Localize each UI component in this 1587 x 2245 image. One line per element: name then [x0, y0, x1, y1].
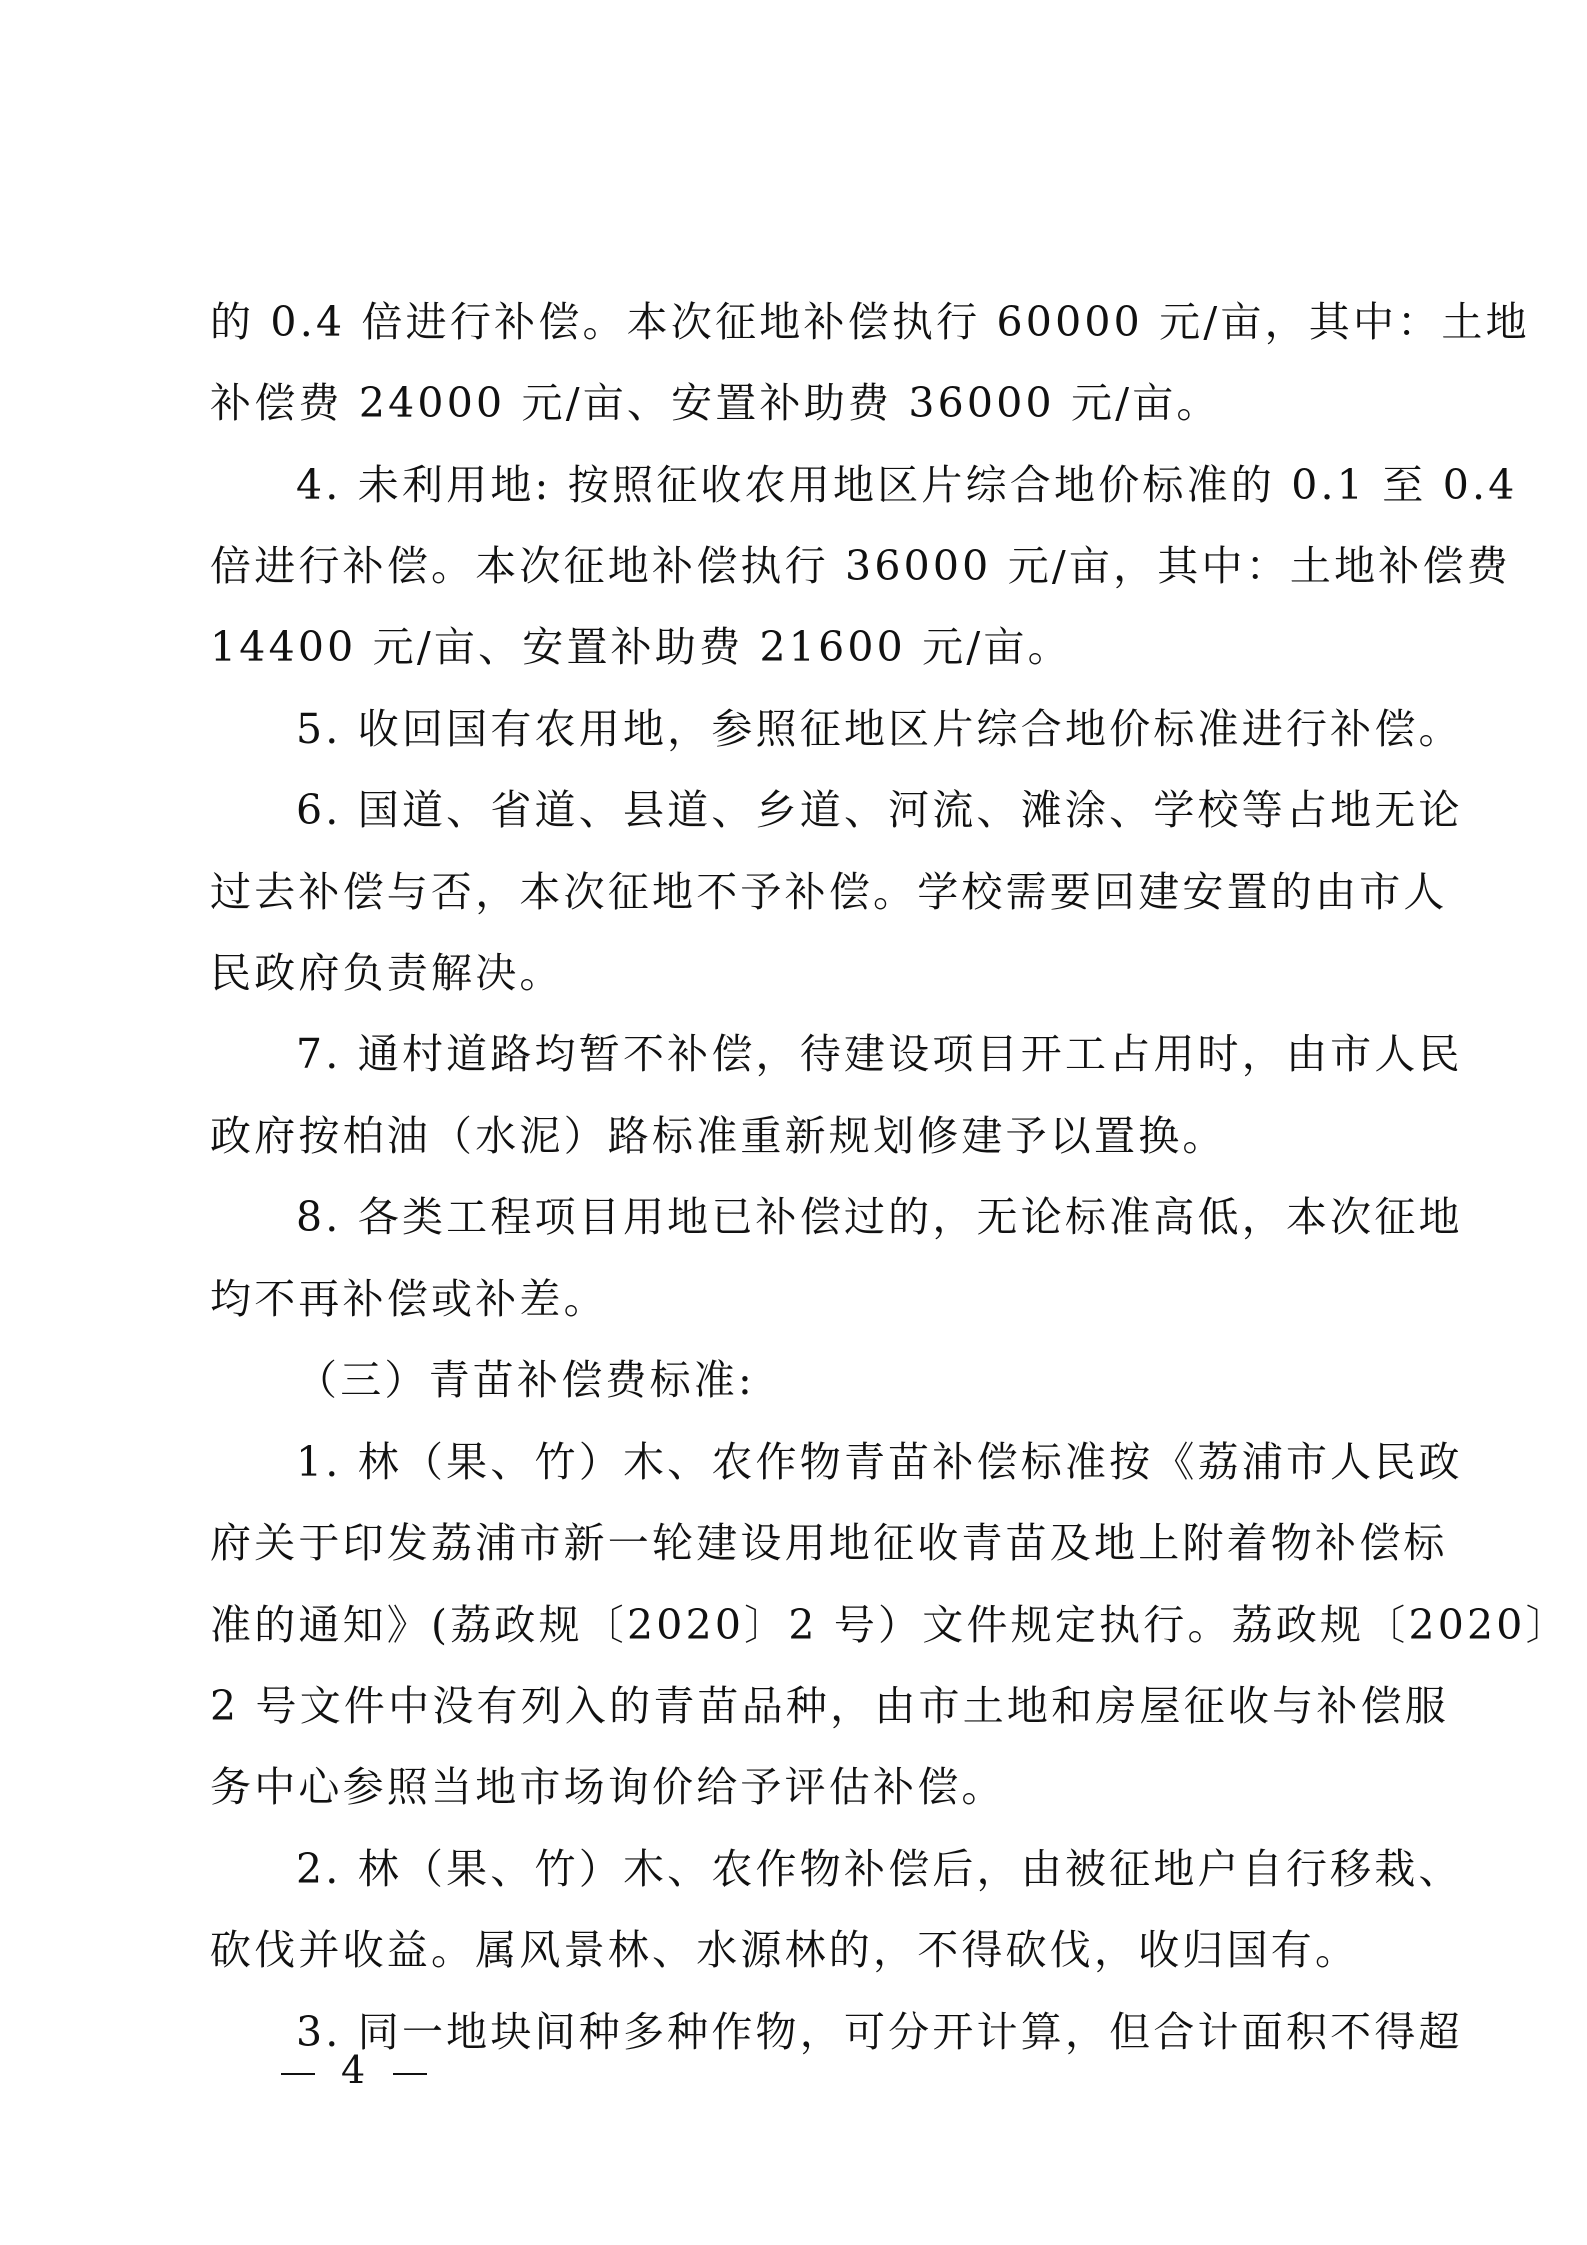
text-line: 7. 通村道路均暂不补偿，待建设项目开工占用时，由市人民	[296, 1024, 1410, 1084]
text-line: 民政府负责解决。	[210, 943, 1410, 1003]
text-line: 3. 同一地块间种多种作物，可分开计算，但合计面积不得超	[296, 2002, 1410, 2062]
footer-dash-left	[281, 2073, 315, 2075]
text-line: 2. 林（果、竹）木、农作物补偿后，由被征地户自行移栽、	[296, 1839, 1410, 1899]
document-page: 的 0.4 倍进行补偿。本次征地补偿执行 60000 元/亩，其中：土地补偿费 …	[0, 0, 1587, 2245]
text-line: 准的通知》(荔政规〔2020〕2 号）文件规定执行。荔政规〔2020〕	[210, 1595, 1410, 1655]
text-line: 8. 各类工程项目用地已补偿过的，无论标准高低，本次征地	[296, 1187, 1410, 1247]
page-number: 4	[341, 2048, 367, 2092]
text-line: 政府按柏油（水泥）路标准重新规划修建予以置换。	[210, 1106, 1410, 1166]
page-footer: 4	[255, 2045, 453, 2095]
text-line: 2 号文件中没有列入的青苗品种，由市土地和房屋征收与补偿服	[210, 1676, 1410, 1736]
text-line: 补偿费 24000 元/亩、安置补助费 36000 元/亩。	[210, 373, 1410, 433]
text-line: 过去补偿与否，本次征地不予补偿。学校需要回建安置的由市人	[210, 862, 1410, 922]
text-line: 5. 收回国有农用地，参照征地区片综合地价标准进行补偿。	[296, 699, 1410, 759]
text-line: 4. 未利用地: 按照征收农用地区片综合地价标准的 0.1 至 0.4	[296, 455, 1410, 515]
text-line: 6. 国道、省道、县道、乡道、河流、滩涂、学校等占地无论	[296, 780, 1410, 840]
text-line: 均不再补偿或补差。	[210, 1269, 1410, 1329]
text-line: 1. 林（果、竹）木、农作物青苗补偿标准按《荔浦市人民政	[296, 1432, 1410, 1492]
text-line: 倍进行补偿。本次征地补偿执行 36000 元/亩，其中：土地补偿费	[210, 536, 1410, 596]
text-line: 务中心参照当地市场询价给予评估补偿。	[210, 1757, 1410, 1817]
footer-dash-right	[393, 2073, 427, 2075]
text-line: 的 0.4 倍进行补偿。本次征地补偿执行 60000 元/亩，其中：土地	[210, 292, 1410, 352]
text-line: （三）青苗补偿费标准:	[296, 1350, 1496, 1410]
text-line: 砍伐并收益。属风景林、水源林的，不得砍伐，收归国有。	[210, 1920, 1410, 1980]
text-line: 14400 元/亩、安置补助费 21600 元/亩。	[210, 617, 1410, 677]
text-line: 府关于印发荔浦市新一轮建设用地征收青苗及地上附着物补偿标	[210, 1513, 1410, 1573]
